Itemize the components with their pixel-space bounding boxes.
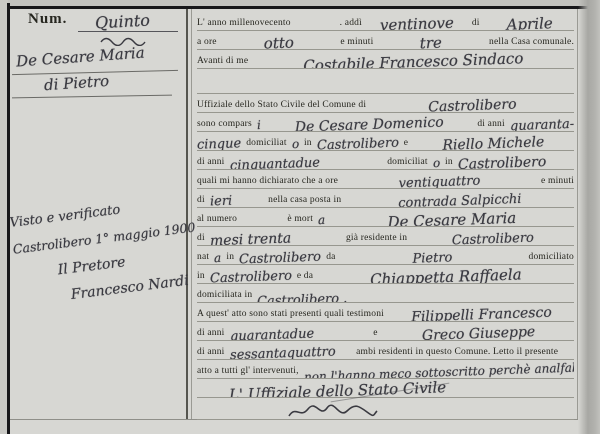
printed-form-text: sono compars <box>197 119 252 131</box>
ruled-form-line: quali mi hanno dichiarato che a oreventi… <box>197 170 574 189</box>
pretore-annotation: Visto e verificatoCastrolibero 1° maggio… <box>8 190 194 315</box>
act-number-handwritten: Quinto <box>95 11 151 33</box>
ruled-form-line: A quest' atto sono stati presenti quali … <box>197 303 574 322</box>
printed-form-text: . addì <box>340 18 362 30</box>
column-divider-line-secondary <box>191 9 192 419</box>
ruled-form-line: al numeroè mortaDe Cesare Maria <box>197 208 574 227</box>
printed-form-text: di <box>472 18 480 30</box>
printed-form-text: Avanti di me <box>197 56 248 68</box>
ruled-form-line: a oreottoe minutitrenella Casa comunale. <box>197 31 574 50</box>
printed-form-text: è mort <box>287 214 313 226</box>
handwritten-entry: Castrolibero <box>239 251 321 265</box>
ruled-form-line <box>197 398 574 420</box>
handwritten-entry: i <box>257 119 261 132</box>
ruled-form-line: domiciliata inCastrolibero . <box>197 284 574 303</box>
deceased-father-margin: di Pietro <box>43 72 109 95</box>
printed-form-text: di anni <box>197 157 225 169</box>
handwritten-entry: quaranta- <box>510 118 574 132</box>
handwritten-entry: Aprile <box>484 16 574 31</box>
printed-form-text: di anni <box>197 328 225 340</box>
printed-form-text: A quest' atto sono stati presenti quali … <box>197 309 384 321</box>
printed-form-text: al numero <box>197 214 237 226</box>
printed-form-text: e <box>404 138 408 150</box>
handwritten-entry: Costabile Francesco Sindaco <box>253 50 574 69</box>
printed-form-text: nat <box>197 252 209 264</box>
printed-form-text: e da <box>297 271 313 283</box>
printed-form-text: a ore <box>197 37 217 49</box>
printed-form-text: e minuti <box>541 176 574 188</box>
printed-form-text: atto a tutti gl' intervenuti, <box>197 366 299 378</box>
margin-rule <box>12 95 172 99</box>
printed-form-text: Uffiziale dello Stato Civile del Comune … <box>197 100 366 112</box>
handwritten-entry: ventiquattro <box>343 173 536 189</box>
printed-form-text: domiciliata in <box>197 290 252 302</box>
printed-form-text: nella casa posta in <box>268 195 341 207</box>
handwritten-entry: contrada Salpicchi <box>346 191 574 208</box>
printed-form-text: domiciliat <box>246 138 287 150</box>
printed-form-text: di anni <box>197 347 225 359</box>
handwritten-entry: cinque <box>197 137 241 151</box>
ruled-form-line: Uffiziale dello Stato Civile del Comune … <box>197 94 574 113</box>
handwritten-entry: Castrolibero <box>412 230 574 246</box>
handwritten-entry: Castrolibero . <box>257 284 574 303</box>
handwritten-entry: mesi trenta <box>210 231 342 246</box>
ruled-form-line: sono comparsiDe Cesare Domenicodi anniqu… <box>197 113 574 132</box>
printed-form-text: già residente in <box>346 233 407 245</box>
handwritten-entry: Greco Giuseppe <box>383 325 574 341</box>
ruled-form-line: di anniquarantadueeGreco Giuseppe <box>197 322 574 341</box>
handwritten-entry: non l'hanno meco sottoscritto perchè ana… <box>304 361 574 379</box>
death-record-scan: ATTO DI MORTE Num. Quinto De Cesare Mari… <box>0 0 600 434</box>
handwritten-entry: sessantaquattro <box>229 345 351 360</box>
printed-form-text: in <box>197 271 205 283</box>
ruled-form-line: di annisessantaquattroambi residenti in … <box>197 341 574 360</box>
ruled-form-line: dimesi trentagià residente inCastroliber… <box>197 227 574 246</box>
num-label: Num. <box>28 11 67 28</box>
handwritten-entry: tre <box>378 35 484 50</box>
handwritten-entry: De Cesare Maria <box>330 210 574 227</box>
ruled-form-line <box>197 420 574 434</box>
printed-form-text: di <box>197 233 205 245</box>
printed-form-text: in <box>304 138 312 150</box>
printed-form-text: ambi residenti in questo Comune. Letto i… <box>356 347 558 359</box>
printed-form-text: domiciliat <box>387 157 428 169</box>
printed-form-text: e <box>373 328 377 340</box>
ruled-form-line: cinquedomiciliatoinCastroliberoeRiello M… <box>197 132 574 151</box>
handwritten-entry: o <box>433 157 441 170</box>
handwritten-entry: o <box>292 138 300 151</box>
handwritten-entry: cinquantadue <box>229 154 382 170</box>
handwritten-entry: L' Uffiziale dello Stato Civile <box>229 381 446 398</box>
ruled-form-line: Avanti di meCostabile Francesco Sindaco <box>197 50 574 69</box>
ruled-form-line: atto a tutti gl' intervenuti,non l'hanno… <box>197 360 574 379</box>
form-lines: L' anno millenovecento. addìventinovediA… <box>197 12 574 434</box>
printed-form-text: nella Casa comunale. <box>489 37 574 49</box>
handwritten-entry: Castrolibero <box>458 155 574 170</box>
handwritten-entry: Filippelli Francesco <box>389 306 574 322</box>
printed-form-text: quali mi hanno dichiarato che a ore <box>197 176 338 188</box>
handwritten-entry: a <box>318 214 326 227</box>
printed-form-text: domiciliato <box>529 252 574 264</box>
handwritten-entry: quarantadue <box>229 326 368 341</box>
printed-form-text: in <box>445 157 453 169</box>
handwritten-entry: Castrolibero <box>371 96 574 113</box>
official-signature-scrawl <box>287 403 379 420</box>
handwritten-entry: a <box>214 252 222 265</box>
handwritten-entry: Riello Michele <box>413 135 574 151</box>
ruled-form-line: inCastroliberoe daChiappetta Raffaela <box>197 265 574 284</box>
printed-form-text: e minuti <box>340 37 373 49</box>
handwritten-entry: De Cesare Domenico <box>266 115 473 132</box>
page-top-border <box>7 6 591 9</box>
handwritten-entry: Castrolibero <box>317 137 399 151</box>
handwritten-entry: ventinove <box>367 16 467 31</box>
handwritten-entry: otto <box>222 35 336 50</box>
handwritten-entry: Pietro <box>340 249 523 265</box>
num-underline <box>78 31 178 32</box>
printed-form-text: in <box>226 252 234 264</box>
deceased-name-margin: De Cesare Maria <box>16 44 146 71</box>
printed-form-text: di <box>197 195 205 207</box>
handwritten-entry: Castrolibero <box>210 270 292 284</box>
handwritten-entry: Chiappetta Raffaela <box>318 267 574 284</box>
ruled-form-line: L' Uffiziale dello Stato Civile <box>197 379 574 398</box>
printed-form-text: L' anno millenovecento <box>197 18 291 30</box>
scan-gutter-shadow <box>578 0 600 434</box>
column-divider-line <box>186 9 188 419</box>
printed-form-text: da <box>326 252 335 264</box>
printed-form-text: di anni <box>477 119 505 131</box>
ruled-form-line <box>197 69 574 94</box>
ruled-form-line: natainCastroliberodaPietrodomiciliato <box>197 246 574 265</box>
ruled-form-line: L' anno millenovecento. addìventinovediA… <box>197 12 574 31</box>
ruled-form-line: di annicinquantaduedomiciliatoinCastroli… <box>197 151 574 170</box>
ruled-form-line: diierinella casa posta incontrada Salpic… <box>197 189 574 208</box>
handwritten-entry: ieri <box>210 195 233 208</box>
